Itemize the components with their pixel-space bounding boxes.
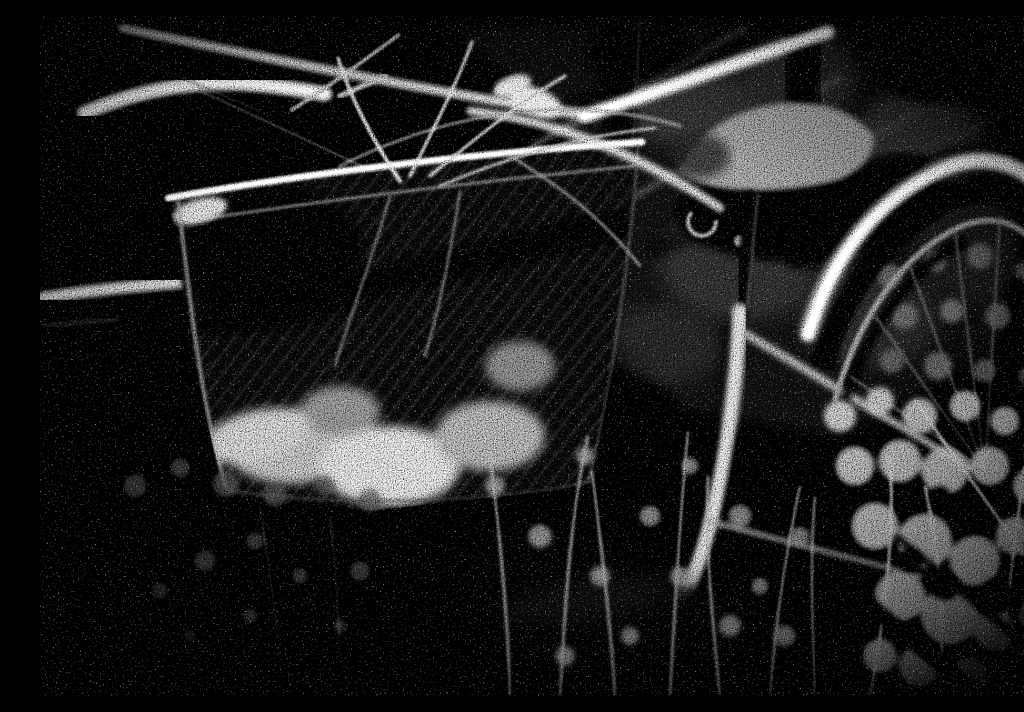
photo-canvas: [40, 16, 1024, 696]
photo-scene: [40, 16, 1024, 696]
grainy-bicycle-photograph: A grainy black-and-white photograph of a…: [40, 16, 1024, 696]
vignette-overlay: [40, 16, 1024, 696]
